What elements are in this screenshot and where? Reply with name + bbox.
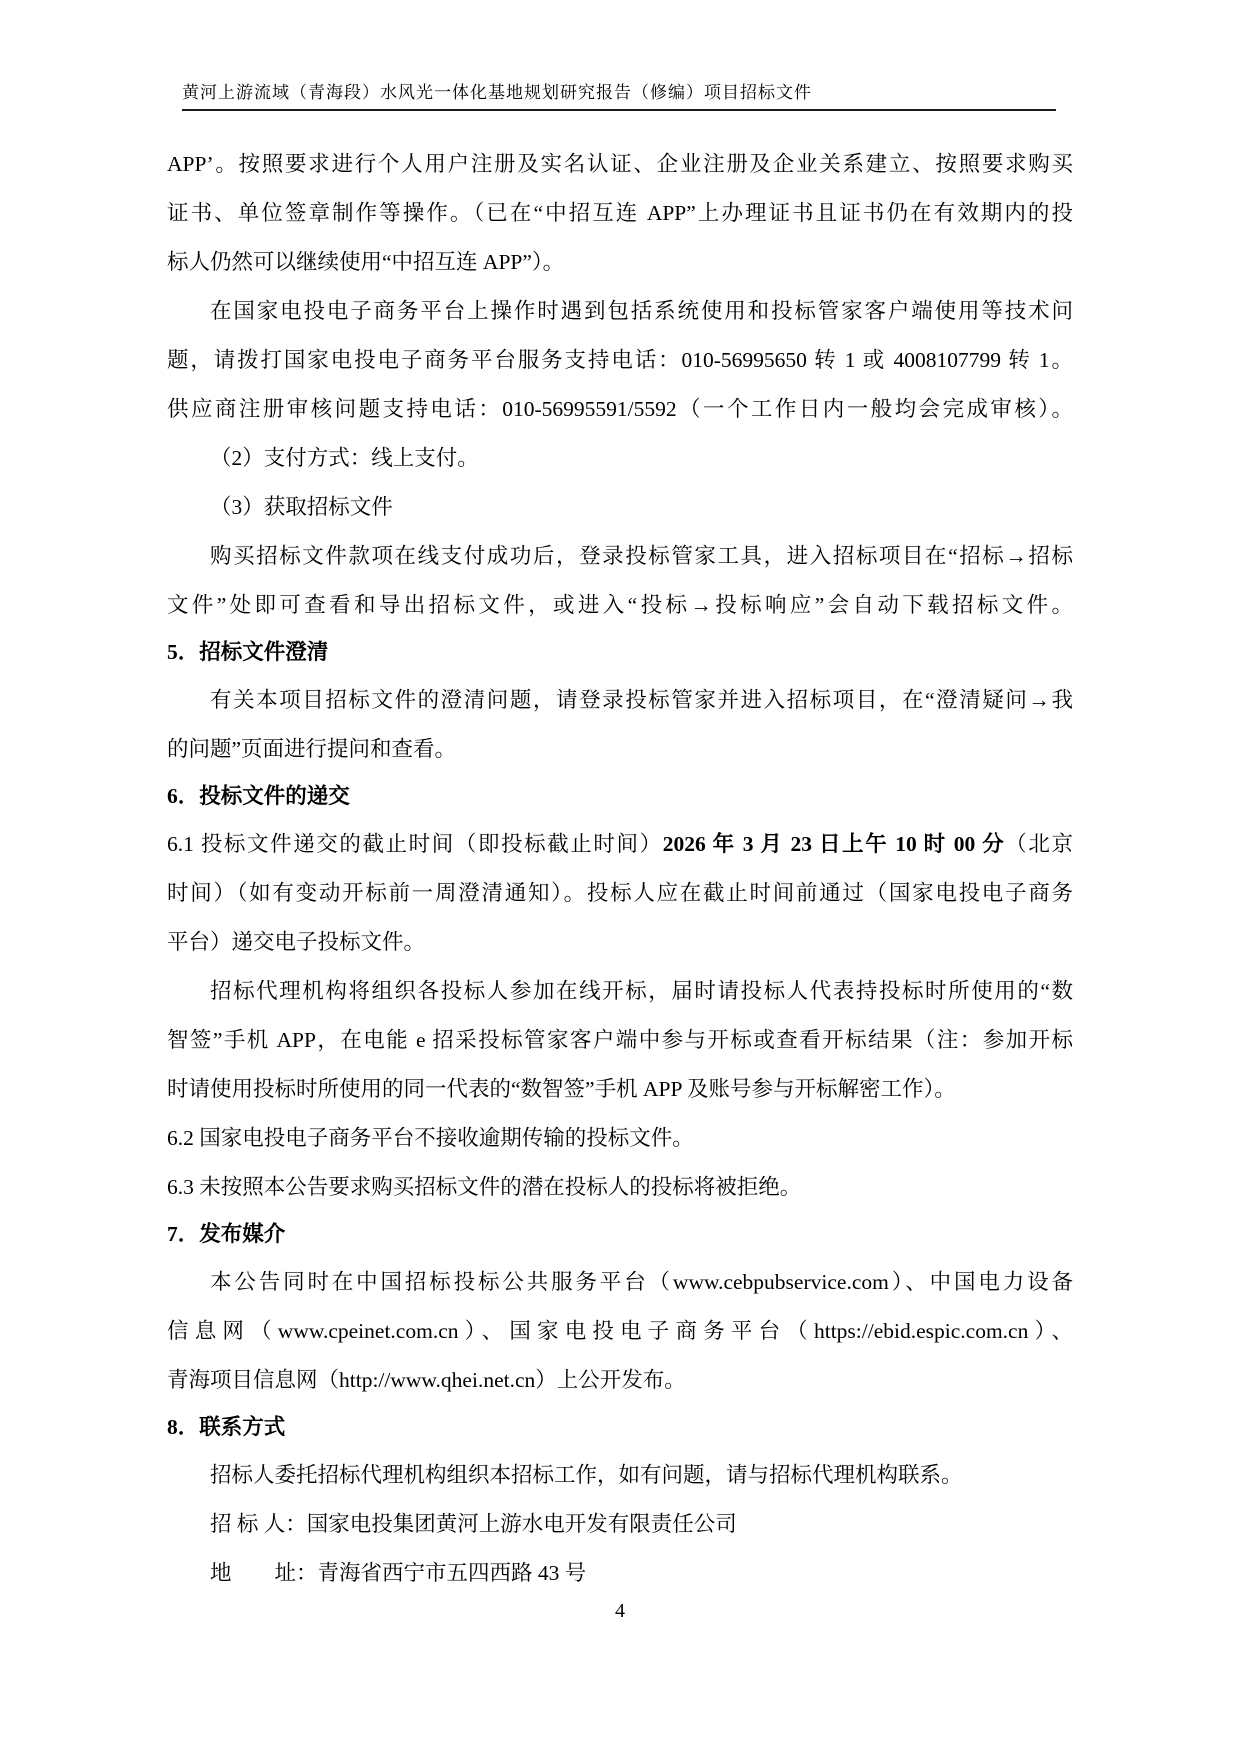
paragraph-line: 6.3 未按照本公告要求购买招标文件的潜在投标人的投标将被拒绝。 xyxy=(167,1163,1073,1212)
document-body: APP’。按照要求进行个人用户注册及实名认证、企业注册及企业关系建立、按照要求购… xyxy=(167,140,1073,1598)
address-line: 地 址：青海省西宁市五四西路 43 号 xyxy=(167,1549,1073,1598)
paragraph-line: 6.2 国家电投电子商务平台不接收逾期传输的投标文件。 xyxy=(167,1114,1073,1163)
paragraph-line: APP’。按照要求进行个人用户注册及实名认证、企业注册及企业关系建立、按照要求购… xyxy=(167,140,1073,189)
paragraph-line: 证书、单位签章制作等操作。（已在“中招互连 APP”上办理证书且证书仍在有效期内… xyxy=(167,189,1073,238)
paragraph-line: 购买招标文件款项在线支付成功后，登录投标管家工具，进入招标项目在“招标→招标 xyxy=(167,532,1073,581)
paragraph-line: 智签”手机 APP，在电能 e 招采投标管家客户端中参与开标或查看开标结果（注：… xyxy=(167,1016,1073,1065)
paragraph-line: 招标人委托招标代理机构组织本招标工作，如有问题，请与招标代理机构联系。 xyxy=(167,1451,1073,1500)
paragraph-line: 本公告同时在中国招标投标公共服务平台（www.cebpubservice.com… xyxy=(167,1258,1073,1307)
paragraph-line: 文件”处即可查看和导出招标文件，或进入“投标→投标响应”会自动下载招标文件。 xyxy=(167,581,1073,630)
document-page: 黄河上游流域（青海段）水风光一体化基地规划研究报告（修编）项目招标文件 APP’… xyxy=(0,0,1239,1753)
paragraph-line-deadline: 6.1 投标文件递交的截止时间（即投标截止时间）2026 年 3 月 23 日上… xyxy=(167,820,1073,869)
paragraph-line: （3）获取招标文件 xyxy=(167,483,1073,532)
paragraph-line: 时间）（如有变动开标前一周澄清通知）。投标人应在截止时间前通过（国家电投电子商务 xyxy=(167,869,1073,918)
paragraph-line: 在国家电投电子商务平台上操作时遇到包括系统使用和投标管家客户端使用等技术问 xyxy=(167,287,1073,336)
paragraph-line: 标人仍然可以继续使用“中招互连 APP”）。 xyxy=(167,238,1073,287)
deadline-text-pre: 6.1 投标文件递交的截止时间（即投标截止时间） xyxy=(167,832,663,856)
paragraph-line: 信息网（www.cpeinet.com.cn）、国家电投电子商务平台（https… xyxy=(167,1307,1073,1356)
section-heading-5: 5．招标文件澄清 xyxy=(167,632,1073,672)
paragraph-line: 有关本项目招标文件的澄清问题，请登录投标管家并进入招标项目，在“澄清疑问→我 xyxy=(167,676,1073,725)
section-heading-6: 6．投标文件的递交 xyxy=(167,776,1073,816)
paragraph-line: （2）支付方式：线上支付。 xyxy=(167,434,1073,483)
paragraph-line: 时请使用投标时所使用的同一代表的“数智签”手机 APP 及账号参与开标解密工作）… xyxy=(167,1065,1073,1114)
page-header-title: 黄河上游流域（青海段）水风光一体化基地规划研究报告（修编）项目招标文件 xyxy=(182,82,1056,111)
deadline-text-bold: 2026 年 3 月 23 日上午 10 时 00 分 xyxy=(663,832,1006,856)
deadline-text-post: （北京 xyxy=(1005,832,1073,856)
paragraph-line: 的问题”页面进行提问和查看。 xyxy=(167,725,1073,774)
paragraph-line: 青海项目信息网（http://www.qhei.net.cn）上公开发布。 xyxy=(167,1356,1073,1405)
tenderer-line: 招 标 人：国家电投集团黄河上游水电开发有限责任公司 xyxy=(167,1500,1073,1549)
section-heading-8: 8．联系方式 xyxy=(167,1407,1073,1447)
paragraph-line: 平台）递交电子投标文件。 xyxy=(167,918,1073,967)
paragraph-line: 题，请拨打国家电投电子商务平台服务支持电话：010-56995650 转 1 或… xyxy=(167,336,1073,385)
paragraph-line: 招标代理机构将组织各投标人参加在线开标，届时请投标人代表持投标时所使用的“数 xyxy=(167,967,1073,1016)
paragraph-line: 供应商注册审核问题支持电话：010-56995591/5592（一个工作日内一般… xyxy=(167,385,1073,434)
page-number: 4 xyxy=(167,1598,1073,1624)
section-heading-7: 7．发布媒介 xyxy=(167,1214,1073,1254)
